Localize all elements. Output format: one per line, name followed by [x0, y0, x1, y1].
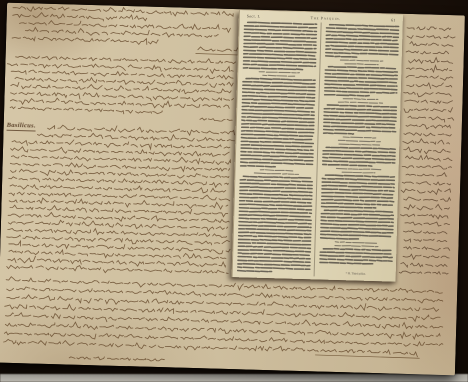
printed-text-layer — [233, 10, 403, 281]
printed-column-left — [238, 22, 317, 273]
note-top-block — [12, 5, 240, 52]
printed-column-right — [320, 24, 399, 264]
manuscript-sheet: Basilicus. Sect. I. The Pasquin. 61 * H.… — [0, 3, 465, 376]
background-surface-strip — [0, 374, 468, 382]
lower-full-width-block — [3, 277, 444, 370]
entry-word-label: Basilicus. — [7, 122, 36, 131]
marginalia-block — [399, 26, 457, 274]
photo-frame: Basilicus. Sect. I. The Pasquin. 61 * H.… — [0, 0, 468, 382]
entry-paragraph-block — [6, 123, 235, 276]
printed-clipping: Sect. I. The Pasquin. 61 * H. Third pill… — [232, 10, 403, 281]
quote-paragraph-block — [6, 53, 236, 121]
